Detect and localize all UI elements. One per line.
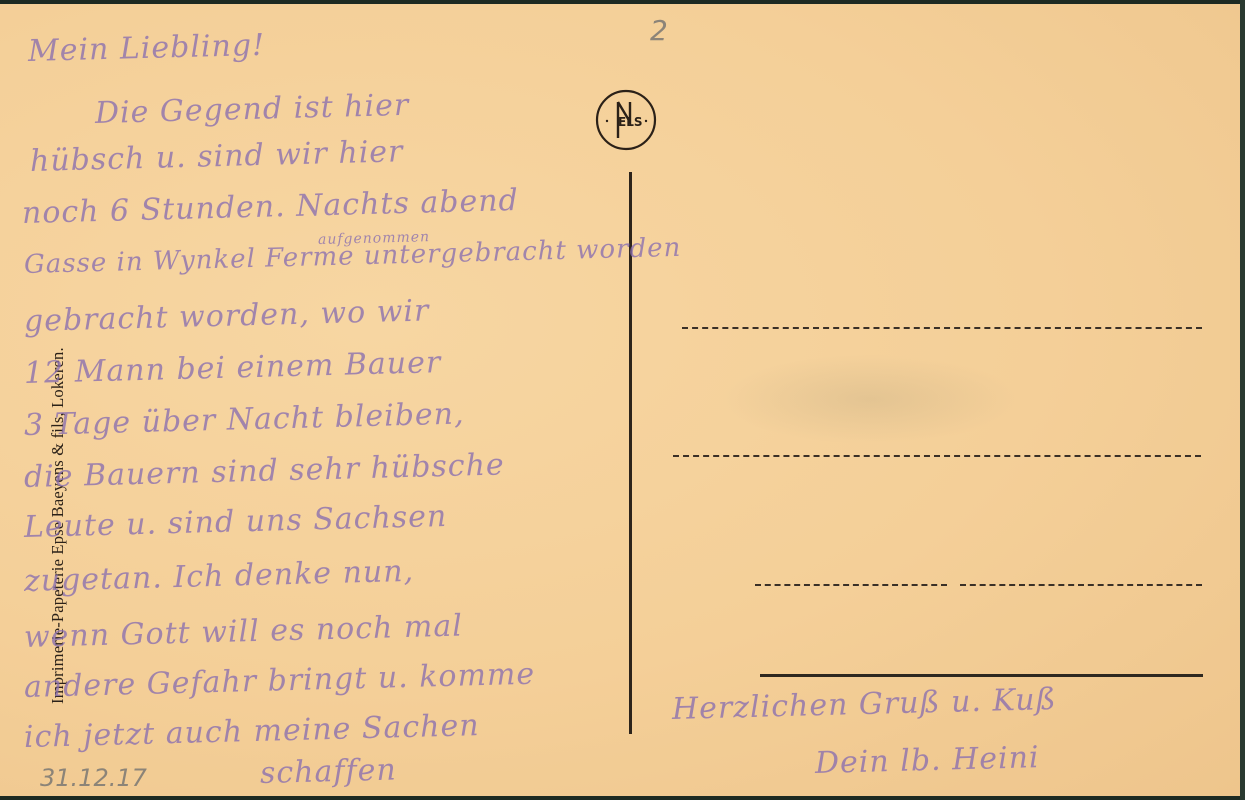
nels-logo-icon: ELS xyxy=(594,88,658,152)
message-line: ich jetzt auch meine Sachen xyxy=(24,708,480,755)
message-line: Leute u. sind uns Sachsen xyxy=(24,499,448,545)
message-line: Die Gegend ist hier xyxy=(95,88,410,131)
message-line: wenn Gott will es noch mal xyxy=(24,609,464,655)
postcard: 2 Imprimerie-Papeterie Epse Baeyens & fi… xyxy=(0,4,1240,796)
message-line: 3 Tage über Nacht bleiben, xyxy=(24,396,465,443)
page-mark: 2 xyxy=(650,14,668,47)
message-line: andere Gefahr bringt u. komme xyxy=(24,657,536,705)
message-line: gebracht worden, wo wir xyxy=(24,293,430,339)
svg-text:ELS: ELS xyxy=(618,115,643,129)
message-line: die Bauern sind sehr hübsche xyxy=(24,447,506,495)
message-line: schaffen xyxy=(260,752,398,791)
message-line: zugetan. Ich denke nun, xyxy=(24,554,415,599)
stain xyxy=(720,354,1020,444)
signature: Dein lb. Heini xyxy=(815,740,1040,781)
message-line: 12 Mann bei einem Bauer xyxy=(24,345,442,391)
salutation: Mein Liebling! xyxy=(28,28,266,69)
message-line: hübsch u. sind wir hier xyxy=(30,134,404,179)
address-line-2 xyxy=(673,455,1201,457)
scan-edge xyxy=(1240,0,1245,800)
date: 31.12.17 xyxy=(40,764,147,792)
address-line-4 xyxy=(760,674,1203,677)
address-line-3a xyxy=(755,584,947,586)
closing-line: Herzlichen Gruß u. Kuß xyxy=(672,682,1057,727)
address-line-1 xyxy=(682,327,1202,329)
address-line-3b xyxy=(960,584,1202,586)
message-line: noch 6 Stunden. Nachts abend xyxy=(22,183,520,231)
